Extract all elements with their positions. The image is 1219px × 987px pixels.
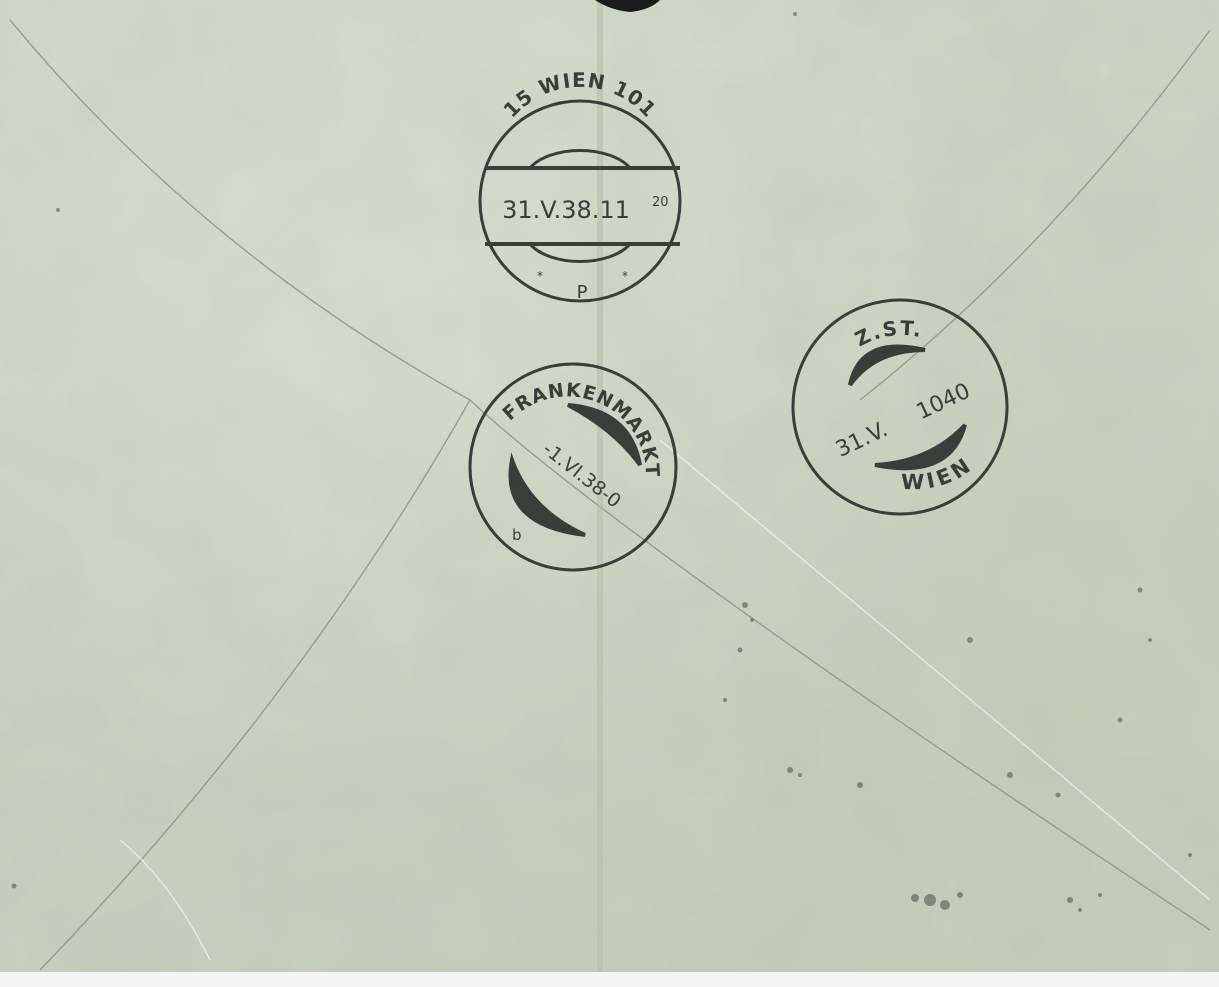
svg-text:20: 20 — [652, 195, 669, 210]
svg-text:b: b — [512, 526, 522, 544]
svg-text:P: P — [577, 282, 588, 303]
svg-text:*: * — [622, 269, 628, 283]
scan-background-strip — [0, 972, 1219, 987]
svg-text:31.V.38.11: 31.V.38.11 — [502, 196, 630, 224]
envelope-art: 15 WIEN 101 31.V.38.11 20 * * P FRANKENM… — [0, 0, 1219, 972]
svg-text:*: * — [537, 269, 543, 283]
envelope-back: 15 WIEN 101 31.V.38.11 20 * * P FRANKENM… — [0, 0, 1219, 972]
